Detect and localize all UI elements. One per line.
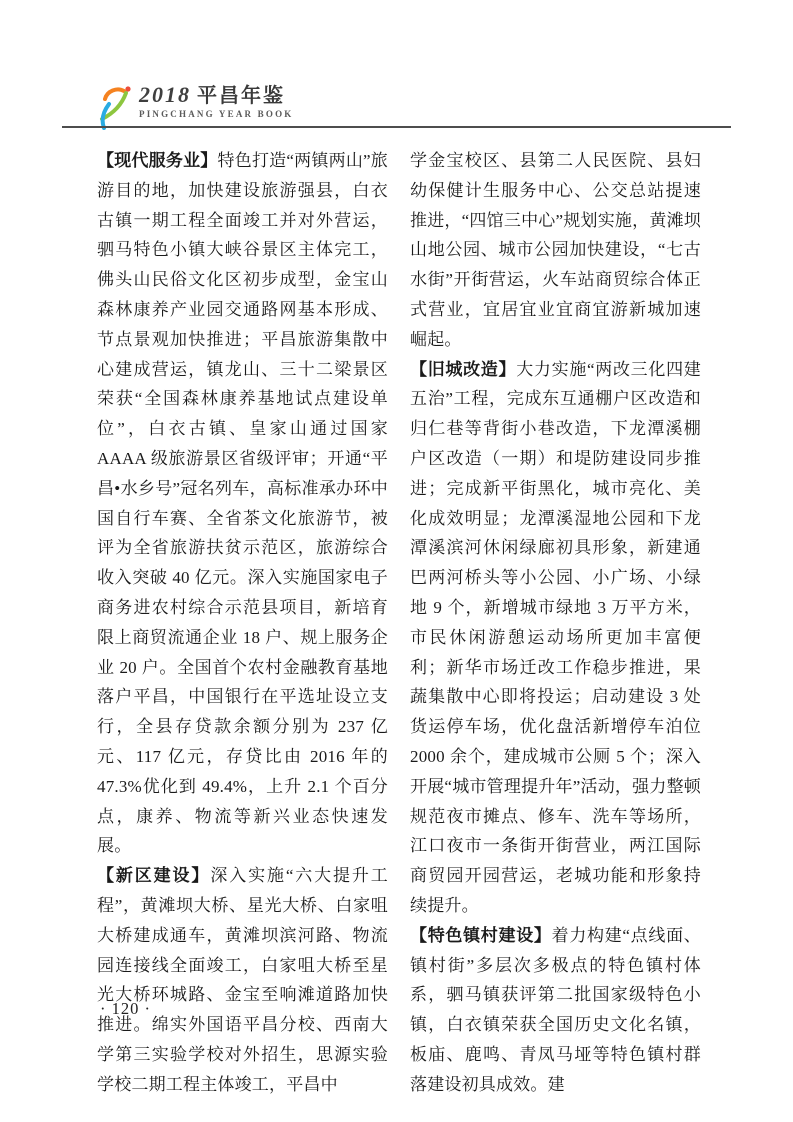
entry-text: 大力实施“两改三化四建五治”工程，完成东互通棚户区改造和归仁巷等背街小巷改造，下… [410,360,701,915]
entry-text: 着力构建“点线面、镇村街”多层次多极点的特色镇村体系，驷马镇获评第二批国家级特色… [410,926,701,1094]
header-divider [62,126,731,128]
logo-year: 2018 [139,84,191,106]
entry-paragraph: 【新区建设】深入实施“六大提升工程”，黄滩坝大桥、星光大桥、白家咀大桥建成通车，… [97,861,388,1099]
yearbook-page: 2018 平昌年鉴 PINGCHANG YEAR BOOK 【现代服务业】特色打… [0,0,793,1122]
page-number: · 120 · [100,999,151,1019]
entry-paragraph: 学金宝校区、县第二人民医院、县妇幼保健计生服务中心、公交总站提速推进，“四馆三中… [410,146,701,355]
logo-title: 2018 平昌年鉴 [139,84,293,106]
entry-paragraph: 【特色镇村建设】着力构建“点线面、镇村街”多层次多极点的特色镇村体系，驷马镇获评… [410,921,701,1100]
entry-heading: 【旧城改造】 [410,360,516,379]
entry-paragraph: 【现代服务业】特色打造“两镇两山”旅游目的地，加快建设旅游强县，白衣古镇一期工程… [97,146,388,861]
yearbook-logo-icon [95,86,132,130]
entry-text: 深入实施“六大提升工程”，黄滩坝大桥、星光大桥、白家咀大桥建成通车，黄滩坝滨河路… [97,866,388,1094]
entry-heading: 【特色镇村建设】 [410,926,552,945]
left-column: 【现代服务业】特色打造“两镇两山”旅游目的地，加快建设旅游强县，白衣古镇一期工程… [97,146,388,1100]
logo-title-cn: 平昌年鉴 [197,86,285,106]
entry-text: 特色打造“两镇两山”旅游目的地，加快建设旅游强县，白衣古镇一期工程全面竣工并对外… [97,151,388,855]
logo-text: 2018 平昌年鉴 PINGCHANG YEAR BOOK [139,84,293,119]
entry-heading: 【新区建设】 [97,866,210,885]
entry-paragraph: 【旧城改造】大力实施“两改三化四建五治”工程，完成东互通棚户区改造和归仁巷等背街… [410,355,701,921]
right-column: 学金宝校区、县第二人民医院、县妇幼保健计生服务中心、公交总站提速推进，“四馆三中… [410,146,701,1100]
entry-heading: 【现代服务业】 [97,151,218,170]
logo-subtitle-en: PINGCHANG YEAR BOOK [139,110,293,119]
page-content: 【现代服务业】特色打造“两镇两山”旅游目的地，加快建设旅游强县，白衣古镇一期工程… [97,146,701,1100]
page-header: 2018 平昌年鉴 PINGCHANG YEAR BOOK [95,84,293,130]
entry-text: 学金宝校区、县第二人民医院、县妇幼保健计生服务中心、公交总站提速推进，“四馆三中… [410,151,701,349]
